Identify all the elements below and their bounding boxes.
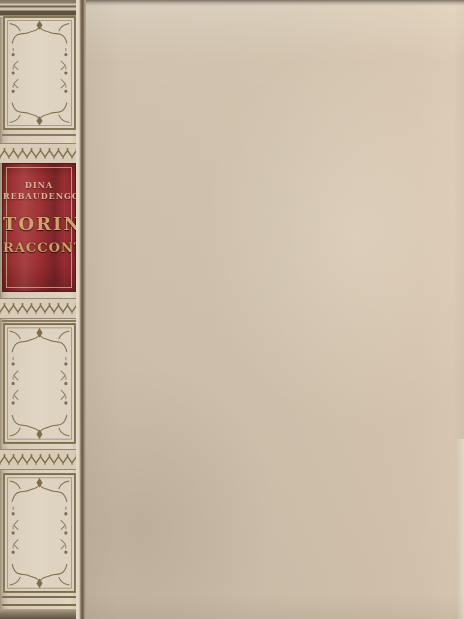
book-spine: DINA REBAUDENGO TORINO RACCONTA bbox=[0, 0, 80, 619]
gold-tooling-ornament bbox=[3, 473, 76, 593]
zigzag-tooling-pattern bbox=[0, 450, 78, 469]
spine-ornamental-panel-2 bbox=[3, 323, 76, 444]
book-front-cover bbox=[86, 0, 464, 619]
spine-top-edge bbox=[0, 0, 80, 17]
spine-bottom-double-rule bbox=[2, 596, 76, 606]
spine-gold-rule-2 bbox=[2, 320, 76, 322]
author-name: DINA REBAUDENGO bbox=[3, 180, 75, 202]
spine-decorative-band-3 bbox=[0, 449, 78, 470]
label-text: DINA REBAUDENGO TORINO RACCONTA bbox=[3, 164, 75, 291]
author-first-name: DINA bbox=[25, 180, 53, 190]
gold-tooling-ornament bbox=[3, 16, 76, 130]
book-photo: DINA REBAUDENGO TORINO RACCONTA bbox=[0, 0, 464, 619]
spine-decorative-band-2 bbox=[0, 298, 78, 319]
book-title-line-2: RACCONTA bbox=[3, 241, 75, 256]
author-last-name: REBAUDENGO bbox=[3, 191, 80, 201]
spine-bottom-edge bbox=[0, 609, 80, 619]
cover-top-edge-shadow bbox=[86, 0, 464, 6]
book-title-line-1: TORINO bbox=[3, 214, 75, 235]
spine-gold-rule-1 bbox=[2, 134, 76, 136]
gold-tooling-ornament bbox=[3, 323, 76, 444]
cover-right-edge-highlight bbox=[456, 439, 464, 619]
spine-hinge-groove bbox=[76, 0, 86, 619]
zigzag-tooling-pattern bbox=[0, 299, 78, 318]
spine-ornamental-panel-1 bbox=[3, 16, 76, 130]
spine-decorative-band-1 bbox=[0, 143, 78, 164]
spine-ornamental-panel-3 bbox=[3, 473, 76, 593]
zigzag-tooling-pattern bbox=[0, 144, 78, 163]
spine-title-label: DINA REBAUDENGO TORINO RACCONTA bbox=[2, 163, 76, 292]
